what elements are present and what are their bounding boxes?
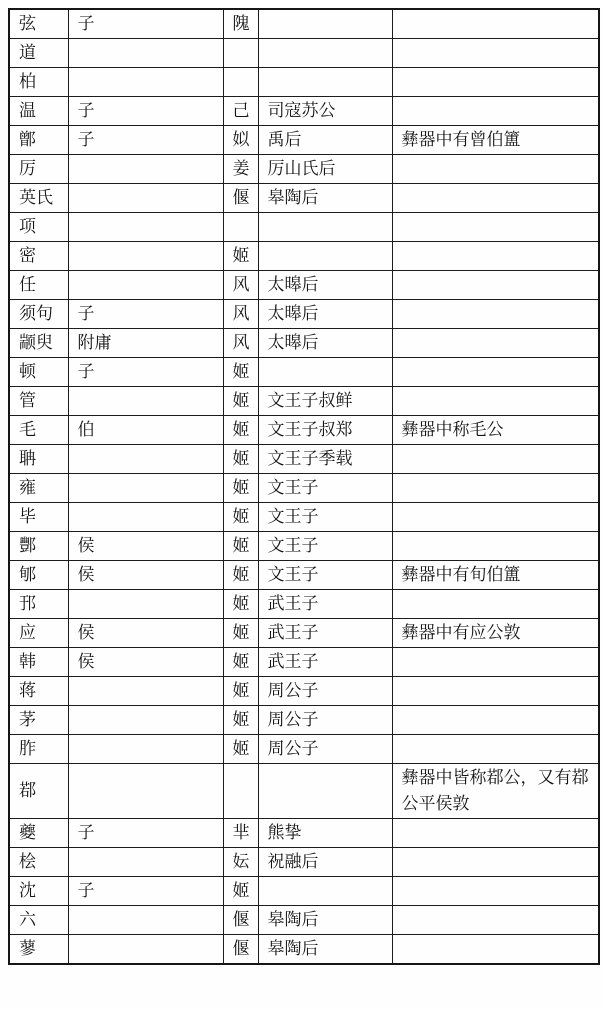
rank-cell: 侯 [68,532,223,561]
table-row: 沈子姬 [9,877,599,906]
table-row: 蒋姬周公子 [9,677,599,706]
rank-cell: 子 [68,358,223,387]
origin-cell: 文王子 [258,474,392,503]
state-cell: 鄀 [9,764,68,819]
state-cell: 酆 [9,532,68,561]
note-cell [392,9,599,39]
surname-cell: 偃 [223,184,258,213]
scanned-page: 弦子隗道柏温子己司寇苏公鄫子姒禹后彝器中有曾伯簠厉姜厉山氏后英氏偃皋陶后项密姬任… [0,8,603,1009]
state-cell: 韩 [9,648,68,677]
surname-cell: 偃 [223,906,258,935]
origin-cell: 武王子 [258,648,392,677]
table-row: 顿子姬 [9,358,599,387]
note-cell: 彝器中有应公敦 [392,619,599,648]
origin-cell [258,242,392,271]
rank-cell [68,677,223,706]
table-row: 毛伯姬文王子叔郑彝器中称毛公 [9,416,599,445]
origin-cell [258,39,392,68]
rank-cell [68,935,223,965]
rank-cell [68,735,223,764]
state-cell: 蒋 [9,677,68,706]
state-cell: 管 [9,387,68,416]
table-row: 郇侯姬文王子彝器中有旬伯簠 [9,561,599,590]
feudal-states-table: 弦子隗道柏温子己司寇苏公鄫子姒禹后彝器中有曾伯簠厉姜厉山氏后英氏偃皋陶后项密姬任… [8,8,600,965]
origin-cell: 文王子叔鲜 [258,387,392,416]
rank-cell [68,706,223,735]
state-cell: 厉 [9,155,68,184]
state-cell: 邘 [9,590,68,619]
rank-cell: 附庸 [68,329,223,358]
rank-cell [68,764,223,819]
rank-cell: 侯 [68,648,223,677]
surname-cell: 姬 [223,532,258,561]
surname-cell [223,68,258,97]
table-row: 毕姬文王子 [9,503,599,532]
surname-cell: 姬 [223,445,258,474]
note-cell [392,877,599,906]
table-row: 任风太暤后 [9,271,599,300]
table-row: 桧妘祝融后 [9,848,599,877]
table-row: 夔子芈熊挚 [9,819,599,848]
note-cell [392,155,599,184]
note-cell [392,677,599,706]
surname-cell [223,39,258,68]
origin-cell: 文王子季载 [258,445,392,474]
note-cell [392,590,599,619]
table-row: 鄀彝器中皆称鄀公，又有鄀公平侯敦 [9,764,599,819]
note-cell [392,474,599,503]
rank-cell: 子 [68,97,223,126]
rank-cell: 侯 [68,561,223,590]
state-cell: 蓼 [9,935,68,965]
surname-cell: 姬 [223,706,258,735]
note-cell: 彝器中称毛公 [392,416,599,445]
table-row: 管姬文王子叔鲜 [9,387,599,416]
table-row: 应侯姬武王子彝器中有应公敦 [9,619,599,648]
table-row: 茅姬周公子 [9,706,599,735]
note-cell [392,819,599,848]
surname-cell: 偃 [223,935,258,965]
origin-cell: 皋陶后 [258,184,392,213]
table-row: 密姬 [9,242,599,271]
origin-cell: 太暤后 [258,300,392,329]
rank-cell: 子 [68,126,223,155]
table-row: 厉姜厉山氏后 [9,155,599,184]
rank-cell [68,271,223,300]
table-row: 胙姬周公子 [9,735,599,764]
state-cell: 道 [9,39,68,68]
surname-cell: 姜 [223,155,258,184]
surname-cell: 姬 [223,619,258,648]
note-cell [392,329,599,358]
table-row: 聃姬文王子季载 [9,445,599,474]
table-row: 蓼偃皋陶后 [9,935,599,965]
state-cell: 柏 [9,68,68,97]
note-cell [392,184,599,213]
rank-cell [68,590,223,619]
origin-cell: 文王子 [258,532,392,561]
origin-cell: 太暤后 [258,271,392,300]
origin-cell: 皋陶后 [258,935,392,965]
rank-cell [68,155,223,184]
origin-cell: 祝融后 [258,848,392,877]
table-row: 弦子隗 [9,9,599,39]
table-row: 雍姬文王子 [9,474,599,503]
origin-cell: 禹后 [258,126,392,155]
rank-cell [68,68,223,97]
table-row: 颛臾附庸风太暤后 [9,329,599,358]
origin-cell [258,358,392,387]
state-cell: 聃 [9,445,68,474]
state-cell: 任 [9,271,68,300]
note-cell [392,735,599,764]
origin-cell [258,877,392,906]
note-cell [392,848,599,877]
surname-cell: 风 [223,329,258,358]
surname-cell: 姬 [223,474,258,503]
surname-cell: 姬 [223,677,258,706]
note-cell [392,503,599,532]
rank-cell [68,242,223,271]
origin-cell: 文王子 [258,561,392,590]
origin-cell [258,9,392,39]
state-cell: 雍 [9,474,68,503]
state-cell: 英氏 [9,184,68,213]
table-row: 须句子风太暤后 [9,300,599,329]
origin-cell: 太暤后 [258,329,392,358]
note-cell [392,387,599,416]
origin-cell [258,213,392,242]
note-cell [392,97,599,126]
rank-cell [68,848,223,877]
state-cell: 毛 [9,416,68,445]
state-cell: 应 [9,619,68,648]
rank-cell [68,39,223,68]
origin-cell [258,764,392,819]
note-cell [392,242,599,271]
rank-cell [68,503,223,532]
note-cell [392,706,599,735]
surname-cell: 己 [223,97,258,126]
state-cell: 茅 [9,706,68,735]
note-cell [392,39,599,68]
state-cell: 沈 [9,877,68,906]
rank-cell: 子 [68,877,223,906]
table-row: 鄫子姒禹后彝器中有曾伯簠 [9,126,599,155]
table-row: 英氏偃皋陶后 [9,184,599,213]
note-cell: 彝器中有旬伯簠 [392,561,599,590]
note-cell [392,271,599,300]
rank-cell [68,184,223,213]
states-table-body: 弦子隗道柏温子己司寇苏公鄫子姒禹后彝器中有曾伯簠厉姜厉山氏后英氏偃皋陶后项密姬任… [9,9,599,964]
state-cell: 颛臾 [9,329,68,358]
rank-cell: 子 [68,300,223,329]
note-cell [392,906,599,935]
state-cell: 六 [9,906,68,935]
state-cell: 桧 [9,848,68,877]
note-cell [392,532,599,561]
table-row: 邘姬武王子 [9,590,599,619]
table-row: 六偃皋陶后 [9,906,599,935]
table-row: 韩侯姬武王子 [9,648,599,677]
surname-cell: 姬 [223,387,258,416]
surname-cell: 风 [223,271,258,300]
surname-cell: 姬 [223,503,258,532]
surname-cell: 姬 [223,648,258,677]
rank-cell [68,906,223,935]
surname-cell: 姒 [223,126,258,155]
surname-cell: 妘 [223,848,258,877]
state-cell: 弦 [9,9,68,39]
origin-cell: 熊挚 [258,819,392,848]
note-cell: 彝器中有曾伯簠 [392,126,599,155]
state-cell: 夔 [9,819,68,848]
rank-cell [68,474,223,503]
surname-cell: 姬 [223,242,258,271]
surname-cell [223,764,258,819]
state-cell: 毕 [9,503,68,532]
note-cell [392,300,599,329]
table-row: 道 [9,39,599,68]
note-cell: 彝器中皆称鄀公，又有鄀公平侯敦 [392,764,599,819]
rank-cell: 伯 [68,416,223,445]
surname-cell: 姬 [223,735,258,764]
note-cell [392,445,599,474]
table-row: 酆侯姬文王子 [9,532,599,561]
state-cell: 项 [9,213,68,242]
origin-cell: 文王子 [258,503,392,532]
rank-cell [68,445,223,474]
surname-cell: 姬 [223,561,258,590]
origin-cell: 武王子 [258,590,392,619]
surname-cell: 姬 [223,358,258,387]
rank-cell [68,213,223,242]
table-row: 项 [9,213,599,242]
rank-cell: 子 [68,9,223,39]
note-cell [392,648,599,677]
rank-cell: 侯 [68,619,223,648]
rank-cell [68,387,223,416]
note-cell [392,68,599,97]
origin-cell: 司寇苏公 [258,97,392,126]
origin-cell: 周公子 [258,735,392,764]
origin-cell: 武王子 [258,619,392,648]
surname-cell: 姬 [223,416,258,445]
rank-cell: 子 [68,819,223,848]
table-row: 温子己司寇苏公 [9,97,599,126]
surname-cell: 姬 [223,877,258,906]
state-cell: 顿 [9,358,68,387]
state-cell: 密 [9,242,68,271]
state-cell: 温 [9,97,68,126]
surname-cell: 隗 [223,9,258,39]
note-cell [392,935,599,965]
note-cell [392,213,599,242]
origin-cell: 皋陶后 [258,906,392,935]
state-cell: 须句 [9,300,68,329]
state-cell: 郇 [9,561,68,590]
surname-cell: 风 [223,300,258,329]
origin-cell: 厉山氏后 [258,155,392,184]
origin-cell: 周公子 [258,677,392,706]
state-cell: 胙 [9,735,68,764]
surname-cell: 芈 [223,819,258,848]
note-cell [392,358,599,387]
origin-cell: 周公子 [258,706,392,735]
origin-cell [258,68,392,97]
surname-cell [223,213,258,242]
state-cell: 鄫 [9,126,68,155]
origin-cell: 文王子叔郑 [258,416,392,445]
table-row: 柏 [9,68,599,97]
surname-cell: 姬 [223,590,258,619]
